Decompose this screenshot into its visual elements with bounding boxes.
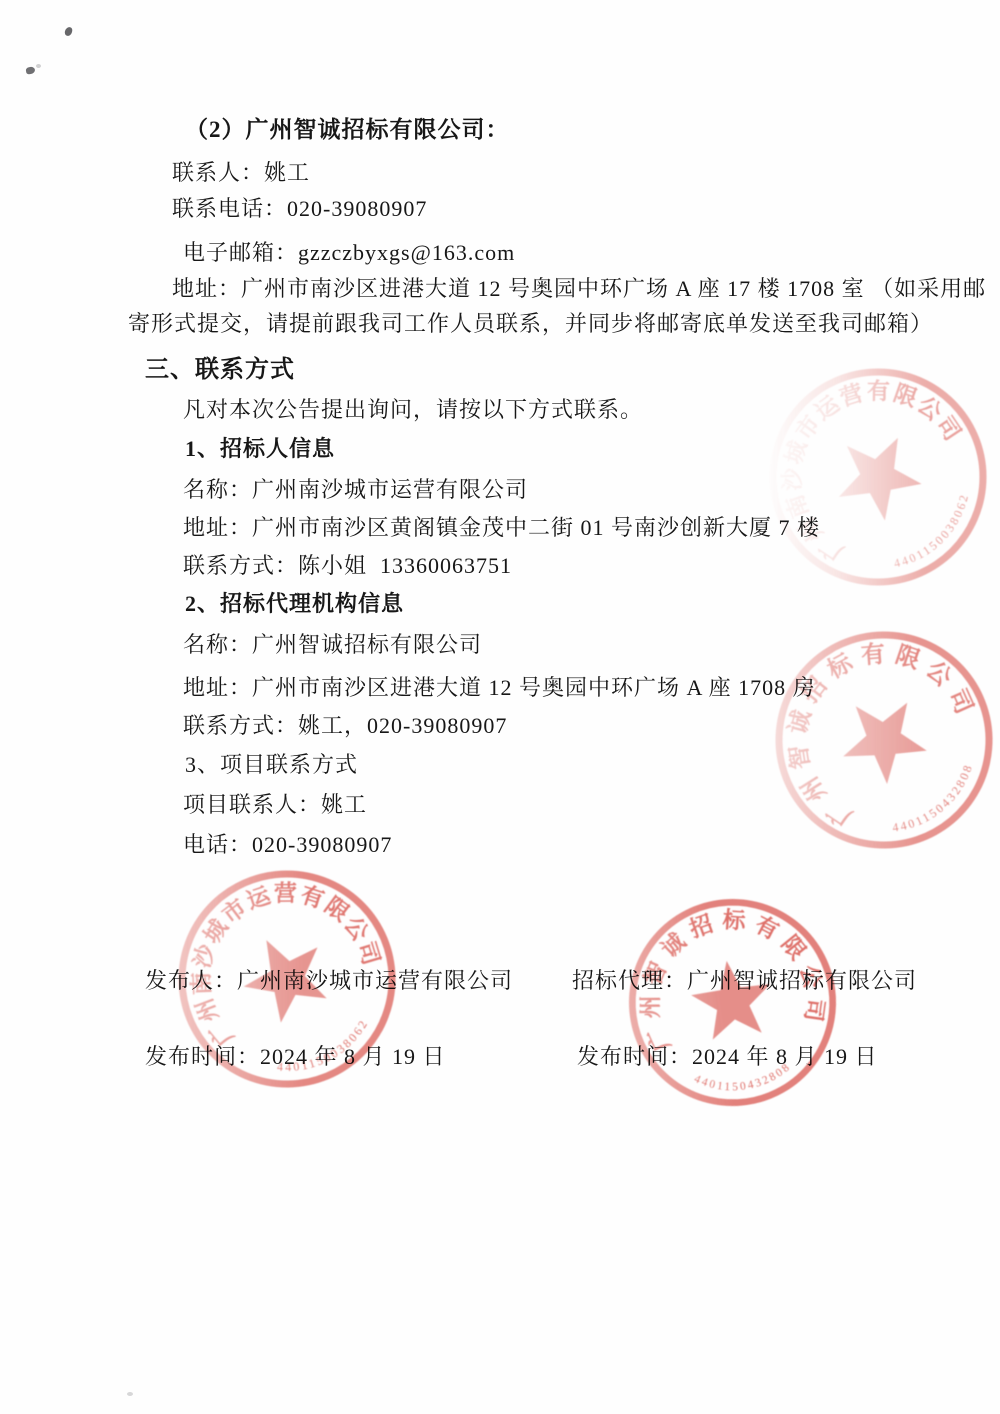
company-seal-zhicheng-right: 广州智诚招标有限公司 4401150432808	[715, 571, 1000, 909]
star-icon	[817, 416, 932, 531]
party2-email: 电子邮箱：gzzczbyxgs@163.com	[183, 240, 515, 266]
scanned-document-page: （2）广州智诚招标有限公司： 联系人：姚工 联系电话：020-39080907 …	[0, 0, 1000, 1414]
svg-text:4401150038062: 4401150038062	[887, 486, 983, 582]
seal-company-text: 广州南沙城市运营有限公司	[153, 845, 389, 1053]
agency-address: 地址：广州市南沙区进港大道 12 号奥园中环广场 A 座 1708 房	[183, 675, 816, 701]
seal-company-text: 广州智诚招标有限公司	[742, 598, 988, 837]
project-contact-person: 项目联系人：姚工	[183, 792, 367, 818]
party2-contact-phone: 联系电话：020-39080907	[172, 196, 427, 222]
party2-contact-person: 联系人：姚工	[172, 160, 310, 186]
party2-heading: （2）广州智诚招标有限公司：	[185, 116, 510, 144]
agent-line: 招标代理：广州智诚招标有限公司	[572, 968, 917, 994]
publish-date-left: 发布时间：2024 年 8 月 19 日	[145, 1044, 446, 1070]
tenderer-heading: 1、招标人信息	[185, 436, 335, 462]
seal-graphic: 广州南沙城市运营有限公司 4401150038062	[708, 307, 1000, 646]
project-heading: 3、项目联系方式	[185, 752, 358, 778]
company-seal-zhicheng-bottom: 广州智诚招标有限公司 4401150432808	[603, 873, 862, 1132]
section3-intro: 凡对本次公告提出询问，请按以下方式联系。	[183, 397, 643, 423]
tenderer-contact: 联系方式：陈小姐 13360063751	[183, 553, 512, 579]
tenderer-address: 地址：广州市南沙区黄阁镇金茂中二街 01 号南沙创新大厦 7 楼	[183, 515, 820, 541]
seal-graphic: 广州智诚招标有限公司 4401150432808	[715, 571, 1000, 909]
agency-heading: 2、招标代理机构信息	[185, 591, 404, 617]
section3-heading: 三、联系方式	[145, 356, 295, 385]
svg-text:4401150432808: 4401150432808	[886, 757, 986, 848]
scan-speck	[25, 66, 35, 74]
agency-name: 名称：广州智诚招标有限公司	[183, 632, 482, 658]
party2-address-line2: 寄形式提交，请提前跟我司工作人员联系，并同步将邮寄底单发送至我司邮箱）	[128, 311, 933, 337]
scan-speck	[36, 64, 41, 68]
company-seal-nansha-top-right: 广州南沙城市运营有限公司 4401150038062	[708, 307, 1000, 646]
scan-speck	[127, 1392, 133, 1396]
svg-text:广州智诚招标有限公司: 广州智诚招标有限公司	[742, 598, 988, 837]
seal-ring	[730, 329, 1000, 626]
svg-text:广州南沙城市运营有限公司: 广州南沙城市运营有限公司	[153, 845, 389, 1053]
scan-speck	[64, 26, 73, 37]
seal-number-text: 4401150432808	[886, 757, 986, 848]
star-icon	[824, 679, 939, 794]
agency-contact: 联系方式：姚工，020-39080907	[183, 713, 507, 739]
publisher-line: 发布人：广州南沙城市运营有限公司	[145, 968, 513, 994]
project-phone: 电话：020-39080907	[183, 832, 392, 858]
seal-graphic: 广州智诚招标有限公司 4401150432808	[603, 873, 862, 1132]
tenderer-name: 名称：广州南沙城市运营有限公司	[183, 477, 528, 503]
party2-address-line1: 地址：广州市南沙区进港大道 12 号奥园中环广场 A 座 17 楼 1708 室…	[172, 276, 986, 302]
seal-ring	[619, 889, 845, 1115]
seal-ring	[736, 592, 1000, 888]
seal-number-text: 4401150038062	[887, 486, 983, 582]
publish-date-right: 发布时间：2024 年 8 月 19 日	[577, 1044, 878, 1070]
